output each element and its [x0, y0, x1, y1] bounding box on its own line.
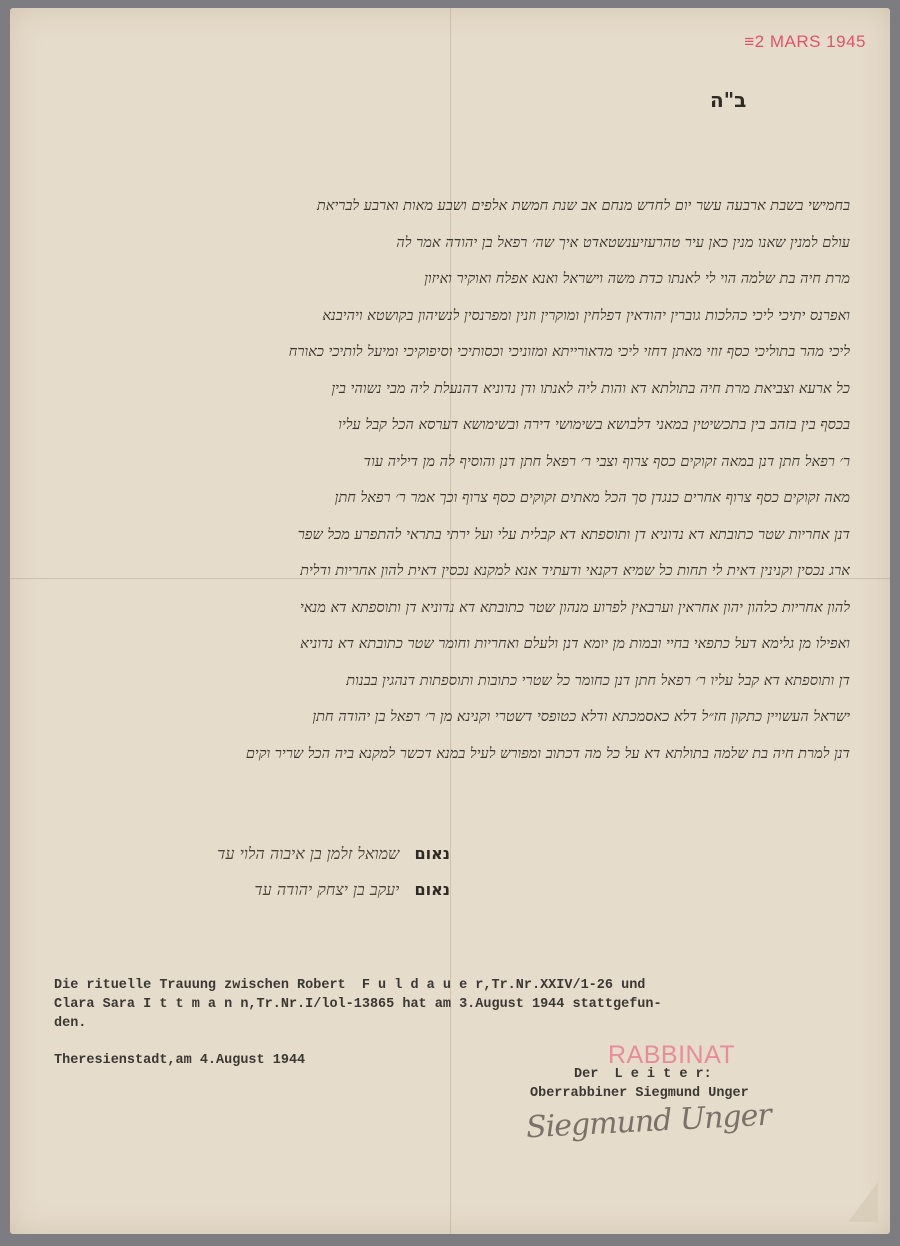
witness-line-1: נאום שמואל זלמן בן איבוה הלוי עד: [110, 844, 450, 864]
ketubah-line: ר׳ רפאל חתן דנן במאה זקוקים כסף צרוף וצב…: [70, 444, 850, 481]
witness-label: נאום: [414, 844, 450, 863]
ketubah-line: ארג נכסין וקנינין דאית לי תחות כל שמיא ד…: [70, 553, 850, 590]
ketubah-line: מרת חיה בת שלמה הוי לי לאנתו כדת משה ויש…: [70, 261, 850, 298]
ketubah-line: ליכי מהר בתוליכי כסף זוזי מאתן דחזי ליכי…: [70, 334, 850, 371]
ketubah-line: עולם למנין שאנו מנין כאן עיר טהרעזיענשטא…: [70, 225, 850, 262]
witness-line-2: נאום יעקב בן יצחק יהודה עד: [110, 880, 450, 900]
handwritten-signature: Siegmund Unger: [525, 1098, 771, 1146]
place-date: Theresienstadt,am 4.August 1944: [54, 1051, 305, 1070]
header-abbreviation: ב"ה: [710, 88, 746, 112]
ketubah-text: בחמישי בשבת ארבעה עשר יום לחדש מנחם אב ש…: [70, 188, 850, 772]
ketubah-line: בכסף בין בזהב בין בתכשיטין במאני דלבושא …: [70, 407, 850, 444]
received-date-stamp: ≡2 MARS 1945: [744, 32, 866, 52]
ketubah-line: מאה זקוקים כסף צרוף אחרים כנגדן סך הכל מ…: [70, 480, 850, 517]
witness-label: נאום: [414, 880, 450, 899]
signatory-name: Oberrabbiner Siegmund Unger: [530, 1086, 749, 1101]
note-line: den.: [54, 1016, 86, 1031]
witness-signature: שמואל זלמן בן איבוה הלוי עד: [217, 844, 399, 863]
ketubah-line: דנן למרת חיה בת שלמה בתולתא דא על כל מה …: [70, 736, 850, 773]
ketubah-line: ואפילו מן גלימא דעל כתפאי בחיי ובמות מן …: [70, 626, 850, 663]
german-certification-note: Die rituelle Trauung zwischen Robert F u…: [54, 976, 662, 1033]
ketubah-line: כל ארעא וצביאת מרת חיה בתולתא דא והות לי…: [70, 371, 850, 408]
note-line: Clara Sara I t t m a n n,Tr.Nr.I/lol-138…: [54, 997, 662, 1012]
ketubah-line: בחמישי בשבת ארבעה עשר יום לחדש מנחם אב ש…: [70, 188, 850, 225]
witness-signature: יעקב בן יצחק יהודה עד: [255, 880, 400, 899]
folded-corner: [848, 1182, 878, 1222]
ketubah-line: דן ותוספתא דא קבל עליו ר׳ רפאל חתן דנן כ…: [70, 663, 850, 700]
ketubah-line: דנן אחריות שטר כתובתא דא נדוניא דן ותוספ…: [70, 517, 850, 554]
signatory-title: Der L e i t e r:: [530, 1067, 712, 1082]
ketubah-line: להון אחריות כלהון יהון אחראין וערבאין לפ…: [70, 590, 850, 627]
ketubah-line: ואפרנס יתיכי ליכי כהלכות גוברין יהודאין …: [70, 298, 850, 335]
signatory-block: Der L e i t e r: Oberrabbiner Siegmund U…: [530, 1065, 749, 1103]
document-page: ≡2 MARS 1945 ב"ה בחמישי בשבת ארבעה עשר י…: [10, 8, 890, 1234]
note-line: Die rituelle Trauung zwischen Robert F u…: [54, 978, 645, 993]
ketubah-line: ישראל העשויין כתקון חז״ל דלא כאסמכתא ודל…: [70, 699, 850, 736]
